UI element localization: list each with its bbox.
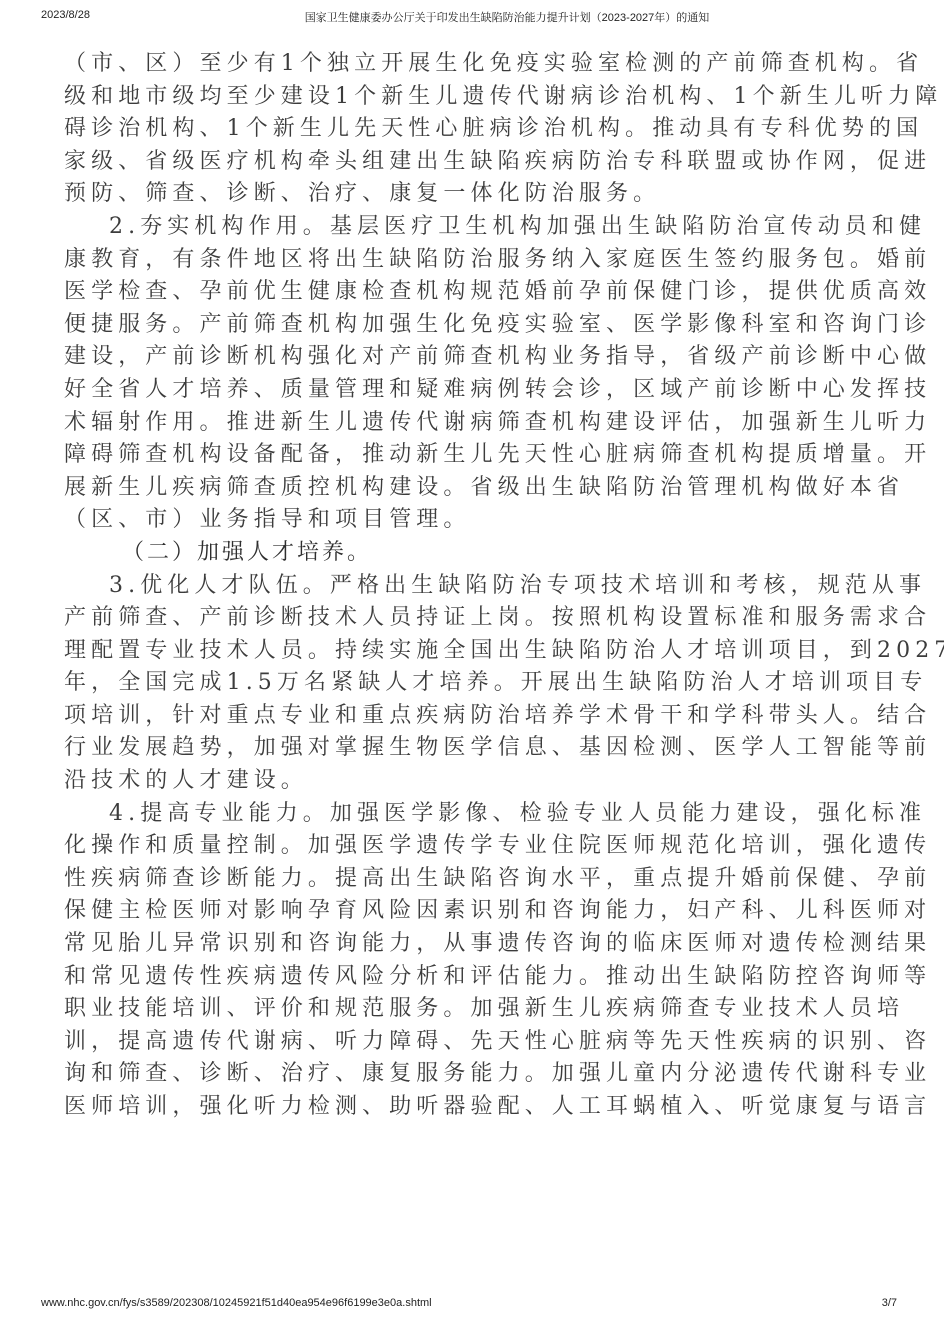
text-line: 沿技术的人才建设。 xyxy=(64,765,884,798)
text-line: 行业发展趋势，加强对掌握生物医学信息、基因检测、医学人工智能等前 xyxy=(64,732,884,765)
text-line: 康教育，有条件地区将出生缺陷防治服务纳入家庭医生签约服务包。婚前 xyxy=(64,244,884,277)
text-line: 家级、省级医疗机构牵头组建出生缺陷疾病防治专科联盟或协作网，促进 xyxy=(64,146,884,179)
text-line: 产前筛查、产前诊断技术人员持证上岗。按照机构设置标准和服务需求合 xyxy=(64,602,884,635)
text-line: 常见胎儿异常识别和咨询能力，从事遗传咨询的临床医师对遗传检测结果 xyxy=(64,928,884,961)
text-line: 展新生儿疾病筛查质控机构建设。省级出生缺陷防治管理机构做好本省 xyxy=(64,472,884,505)
page-header: 2023/8/28 国家卫生健康委办公厅关于印发出生缺陷防治能力提升计划（202… xyxy=(0,0,944,30)
text-line: 碍诊治机构、1个新生儿先天性心脏病诊治机构。推动具有专科优势的国 xyxy=(64,113,884,146)
page-number: 3/7 xyxy=(882,1297,897,1309)
page-footer: www.nhc.gov.cn/fys/s3589/202308/10245921… xyxy=(0,1297,944,1317)
text-line: 便捷服务。产前筛查机构加强生化免疫实验室、医学影像科室和咨询门诊 xyxy=(64,309,884,342)
text-line: 性疾病筛查诊断能力。提高出生缺陷咨询水平，重点提升婚前保健、孕前 xyxy=(64,863,884,896)
text-line: 预防、筛查、诊断、治疗、康复一体化防治服务。 xyxy=(64,178,884,211)
document-body: （市、区）至少有1个独立开展生化免疫实验室检测的产前筛查机构。省级和地市级均至少… xyxy=(64,48,884,1124)
text-line: 好全省人才培养、质量管理和疑难病例转会诊，区域产前诊断中心发挥技 xyxy=(64,374,884,407)
section-heading: （二）加强人才培养。 xyxy=(64,537,884,570)
text-line: 理配置专业技术人员。持续实施全国出生缺陷防治人才培训项目，到2027 xyxy=(64,635,884,668)
text-line: 医学检查、孕前优生健康检查机构规范婚前孕前保健门诊，提供优质高效 xyxy=(64,276,884,309)
text-line: 询和筛查、诊断、治疗、康复服务能力。加强儿童内分泌遗传代谢科专业 xyxy=(64,1058,884,1091)
text-line: 级和地市级均至少建设1个新生儿遗传代谢病诊治机构、1个新生儿听力障 xyxy=(64,81,884,114)
text-line: 医师培训，强化听力检测、助听器验配、人工耳蜗植入、听觉康复与语言 xyxy=(64,1091,884,1124)
text-line: 项培训，针对重点专业和重点疾病防治培养学术骨干和学科带头人。结合 xyxy=(64,700,884,733)
paragraph-start-line: 4.提高专业能力。加强医学影像、检验专业人员能力建设，强化标准 xyxy=(64,798,884,831)
text-line: 职业技能培训、评价和规范服务。加强新生儿疾病筛查专业技术人员培 xyxy=(64,993,884,1026)
footer-url: www.nhc.gov.cn/fys/s3589/202308/10245921… xyxy=(41,1297,432,1309)
text-line: 建设，产前诊断机构强化对产前筛查机构业务指导，省级产前诊断中心做 xyxy=(64,341,884,374)
text-line: 保健主检医师对影响孕育风险因素识别和咨询能力，妇产科、儿科医师对 xyxy=(64,895,884,928)
text-line: （市、区）至少有1个独立开展生化免疫实验室检测的产前筛查机构。省 xyxy=(64,48,884,81)
text-line: 化操作和质量控制。加强医学遗传学专业住院医师规范化培训，强化遗传 xyxy=(64,830,884,863)
text-line: 障碍筛查机构设备配备，推动新生儿先天性心脏病筛查机构提质增量。开 xyxy=(64,439,884,472)
text-line: 和常见遗传性疾病遗传风险分析和评估能力。推动出生缺陷防控咨询师等 xyxy=(64,961,884,994)
paragraph-start-line: 3.优化人才队伍。严格出生缺陷防治专项技术培训和考核，规范从事 xyxy=(64,570,884,603)
text-line: （区、市）业务指导和项目管理。 xyxy=(64,504,884,537)
paragraph-start-line: 2.夯实机构作用。基层医疗卫生机构加强出生缺陷防治宣传动员和健 xyxy=(64,211,884,244)
text-line: 术辐射作用。推进新生儿遗传代谢病筛查机构建设评估，加强新生儿听力 xyxy=(64,407,884,440)
text-line: 年，全国完成1.5万名紧缺人才培养。开展出生缺陷防治人才培训项目专 xyxy=(64,667,884,700)
text-line: 训，提高遗传代谢病、听力障碍、先天性心脏病等先天性疾病的识别、咨 xyxy=(64,1026,884,1059)
header-title: 国家卫生健康委办公厅关于印发出生缺陷防治能力提升计划（2023-2027年）的通… xyxy=(0,9,944,25)
